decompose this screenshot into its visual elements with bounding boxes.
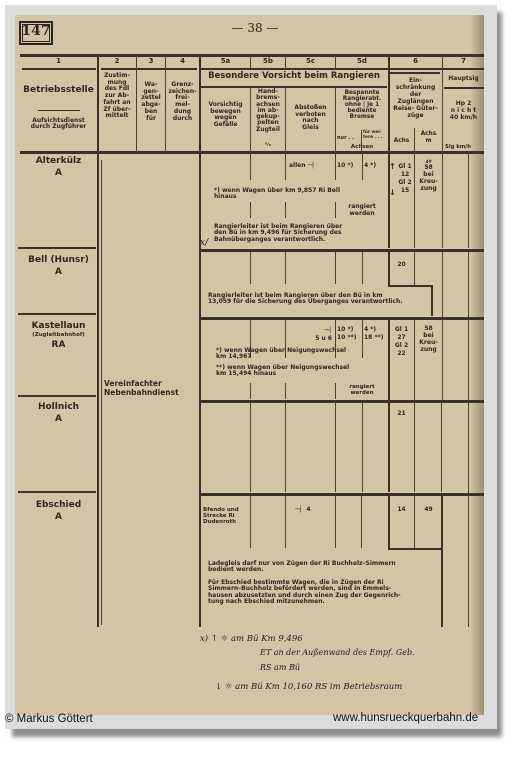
station-class: A: [20, 268, 97, 277]
handwritten-line-1: x) ↑ ☼ am Bü Km 9,496: [200, 634, 303, 644]
col5d-header: Bespannte Rangierabt. ohne | je 1 bedien…: [336, 90, 388, 120]
station-class: A: [20, 415, 97, 424]
handwritten-mark: x/: [200, 238, 208, 248]
col2-header: Zustim- mung des Fdl zur Ab- fahrt an Zf…: [98, 73, 136, 120]
col1-title: Betriebsstelle: [20, 86, 97, 95]
row-6-gleis: 14: [389, 507, 414, 513]
col1-subtitle: Aufsichtsdienst durch Zugführer: [20, 118, 97, 131]
row-rangiert: rangiert werden: [336, 384, 388, 396]
station-name: Bell (Hunsr): [20, 256, 97, 265]
box-number-label: 147: [19, 24, 53, 39]
col3-header: Wa- gen- zettel abge- ben für: [137, 82, 165, 122]
handwritten-line-3: RS am Bü: [260, 663, 300, 672]
row-6-gleis: Gl 1 27 Gl 2 22: [389, 326, 414, 358]
row-note-1: Ladegleis darf nur von Zügen der Ri Buch…: [208, 561, 396, 574]
website-link[interactable]: www.hunsrueckquerbahn.de: [333, 712, 478, 724]
station-name: Alterkülz: [20, 157, 97, 166]
row-note-2: **) wenn Wagen über Neigungswechsel km 1…: [216, 365, 349, 378]
row-5d-a: 10 *) 10 **): [337, 326, 356, 343]
row-6-meter: 58 bei Kreu- zung: [415, 326, 442, 354]
group-header-5: Besondere Vorsicht beim Rangieren: [201, 72, 387, 81]
row-rangiert: rangiert werden: [336, 204, 388, 217]
col-number-4: 4: [166, 58, 199, 65]
row-5d-b: 4 *) 18 **): [364, 326, 383, 343]
col6-achs-m: Achs m: [415, 131, 442, 145]
row-5c: ─┤ 4: [295, 507, 311, 513]
col5d-fuer-weitere: für wei- tere . . .: [363, 131, 388, 140]
col5b-fraction: ⁰/₀: [251, 144, 285, 149]
page-number: — 38 —: [210, 22, 300, 35]
row-5d-a: 10 *): [337, 163, 353, 169]
col7-header: Hp 2 n i c h t 40 km/h: [443, 101, 484, 122]
row-note-1: *) wenn Wagen über Neigungswechsel km 14…: [216, 348, 346, 361]
col7-sig-kmh: Sig km/h: [445, 145, 486, 151]
col5d-achsen: Achsen: [336, 145, 388, 151]
row-6-gleis: Gl 1 12 Gl 2 15: [395, 163, 415, 195]
col-number-6: 6: [389, 58, 442, 65]
row-note: Rangierleiter ist beim Rangieren über de…: [208, 293, 403, 306]
col6-header: Ein- schränkung der Zuglängen Reise- Güt…: [389, 77, 442, 119]
row-6-meter: 58 bei Kreu- zung: [415, 165, 442, 193]
col-number-1: 1: [20, 58, 97, 65]
col-number-5a: 5a: [201, 58, 250, 65]
row-6-gleis: 21: [389, 411, 414, 417]
col-number-5c: 5c: [286, 58, 335, 65]
station-class: RA: [20, 341, 97, 350]
station-subtitle: (Zugleitbahnhof): [20, 333, 97, 339]
station-name: Kastellaun: [20, 322, 97, 331]
row-6-gleis: 20: [389, 262, 414, 268]
row-6-meter: 49: [415, 507, 442, 513]
station-name: Ebschied: [20, 501, 97, 510]
row-note-1: *) wenn Wagen über km 9,857 Ri Bell hina…: [214, 188, 340, 201]
copyright: © Markus Göttert: [5, 713, 93, 725]
col-number-2: 2: [98, 58, 136, 65]
col5a-header: Vorsichtig bewegen wegen Gefälle: [201, 102, 250, 129]
station-name: Hollnich: [20, 403, 97, 412]
col-number-3: 3: [137, 58, 165, 65]
handwritten-line-2: ET an der Außenwand des Empf. Geb.: [260, 648, 415, 657]
col7-title: Hauptsig: [443, 76, 484, 82]
col5b-header: Hand- brems- achsen im ab- gekup- pelten…: [251, 89, 285, 133]
col-number-5b: 5b: [251, 58, 285, 65]
station-class: A: [20, 169, 97, 178]
row-note-2: Für Ebschied bestimmte Wagen, die in Züg…: [208, 580, 401, 605]
row-5c: allen ─┤: [289, 163, 315, 169]
row-5d-b: 4 *): [364, 163, 376, 169]
col-number-7: 7: [443, 58, 484, 65]
col4-header: Grenz- zeichen- frei- mel- dung durch: [166, 82, 199, 122]
station-class: A: [20, 513, 97, 522]
merged-service-type: Vereinfachter Nebenbahndienst: [104, 380, 200, 397]
row-5c: ─┤ 5 u 6: [300, 327, 332, 343]
row-note-2: Rangierleiter ist beim Rangieren über de…: [214, 224, 342, 243]
col-number-5d: 5d: [336, 58, 388, 65]
col6-achs: Achs: [389, 138, 414, 144]
col5d-nur: nur . .: [337, 136, 362, 141]
handwritten-line-4: ↓ ☼ am Bü Km 10,160 RS im Betriebsraum: [215, 682, 402, 692]
col5c-header: Abstoßen verboten nach Gleis: [286, 105, 335, 132]
row-5a: Bfendo und Strecke Ri Dudenroth: [203, 507, 239, 525]
